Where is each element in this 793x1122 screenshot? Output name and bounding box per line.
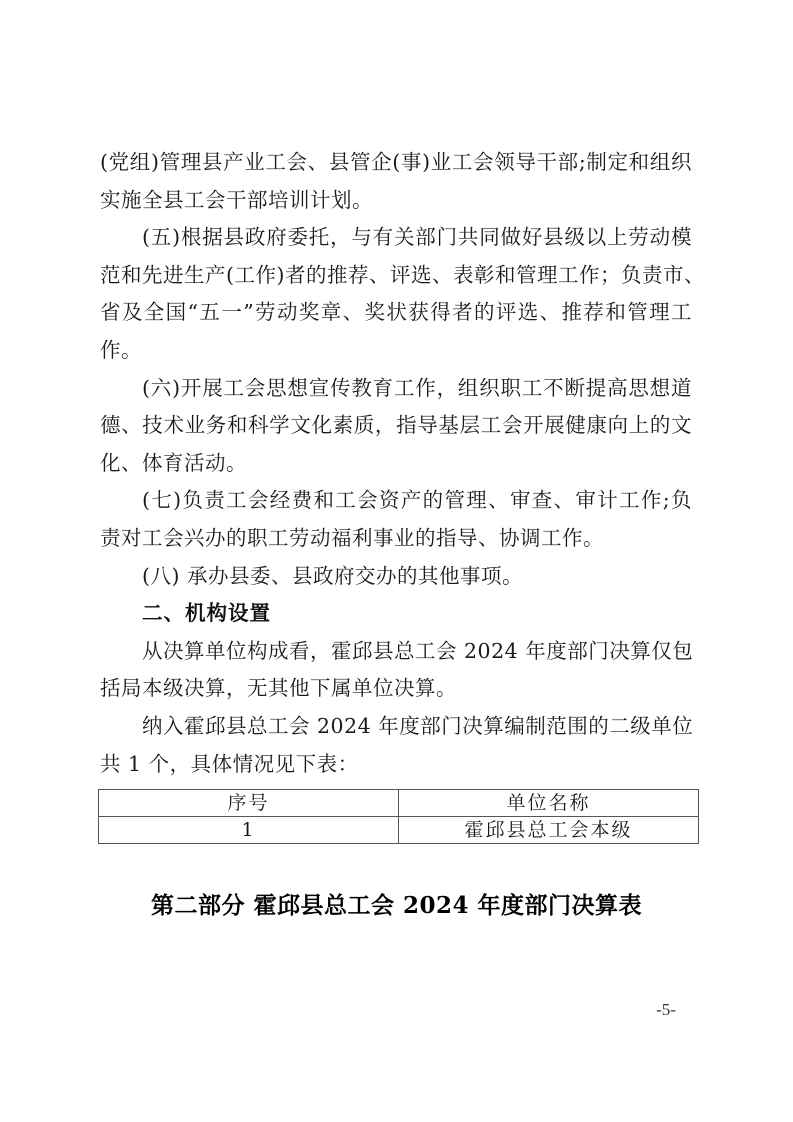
text-line: 作。 — [100, 332, 692, 370]
text-line: 括局本级决算，无其他下属单位决算。 — [100, 670, 692, 708]
unit-table: 序号 单位名称 1 霍邱县总工会本级 — [98, 789, 699, 844]
text-line: 责对工会兴办的职工劳动福利事业的指导、协调工作。 — [100, 520, 692, 558]
table-header-row: 序号 单位名称 — [99, 790, 699, 817]
section-heading: 二、机构设置 — [100, 595, 692, 633]
text-line: 化、体育活动。 — [100, 445, 692, 483]
text-line: 范和先进生产(工作)者的推荐、评选、表彰和管理工作；负责市、 — [100, 257, 692, 295]
text-line: 省及全国“五一”劳动奖章、奖状获得者的评选、推荐和管理工 — [100, 294, 692, 332]
column-header-seq: 序号 — [99, 790, 399, 817]
text-line: 共 1 个，具体情况见下表： — [100, 746, 692, 784]
text-line: (八) 承办县委、县政府交办的其他事项。 — [100, 558, 692, 596]
text-line: (五)根据县政府委托，与有关部门共同做好县级以上劳动模 — [100, 219, 692, 257]
text-line: 德、技术业务和科学文化素质，指导基层工会开展健康向上的文 — [100, 407, 692, 445]
text-line: (党组)管理县产业工会、县管企(事)业工会领导干部;制定和组织 — [100, 144, 692, 182]
text-line: (七)负责工会经费和工会资产的管理、审查、审计工作;负 — [100, 482, 692, 520]
page-number: -5- — [646, 1000, 686, 1020]
text-line: 实施全县工会干部培训计划。 — [100, 182, 692, 220]
document-body: (党组)管理县产业工会、县管企(事)业工会领导干部;制定和组织 实施全县工会干部… — [100, 144, 692, 783]
table-row: 1 霍邱县总工会本级 — [99, 817, 699, 844]
cell-unit-name: 霍邱县总工会本级 — [399, 817, 699, 844]
text-line: (六)开展工会思想宣传教育工作，组织职工不断提高思想道 — [100, 370, 692, 408]
text-line: 纳入霍邱县总工会 2024 年度部门决算编制范围的二级单位 — [100, 708, 692, 746]
text-line: 从决算单位构成看，霍邱县总工会 2024 年度部门决算仅包 — [100, 633, 692, 671]
cell-seq: 1 — [99, 817, 399, 844]
part-title: 第二部分 霍邱县总工会 2024 年度部门决算表 — [0, 888, 793, 924]
document-page: (党组)管理县产业工会、县管企(事)业工会领导干部;制定和组织 实施全县工会干部… — [0, 0, 793, 1122]
column-header-unit-name: 单位名称 — [399, 790, 699, 817]
